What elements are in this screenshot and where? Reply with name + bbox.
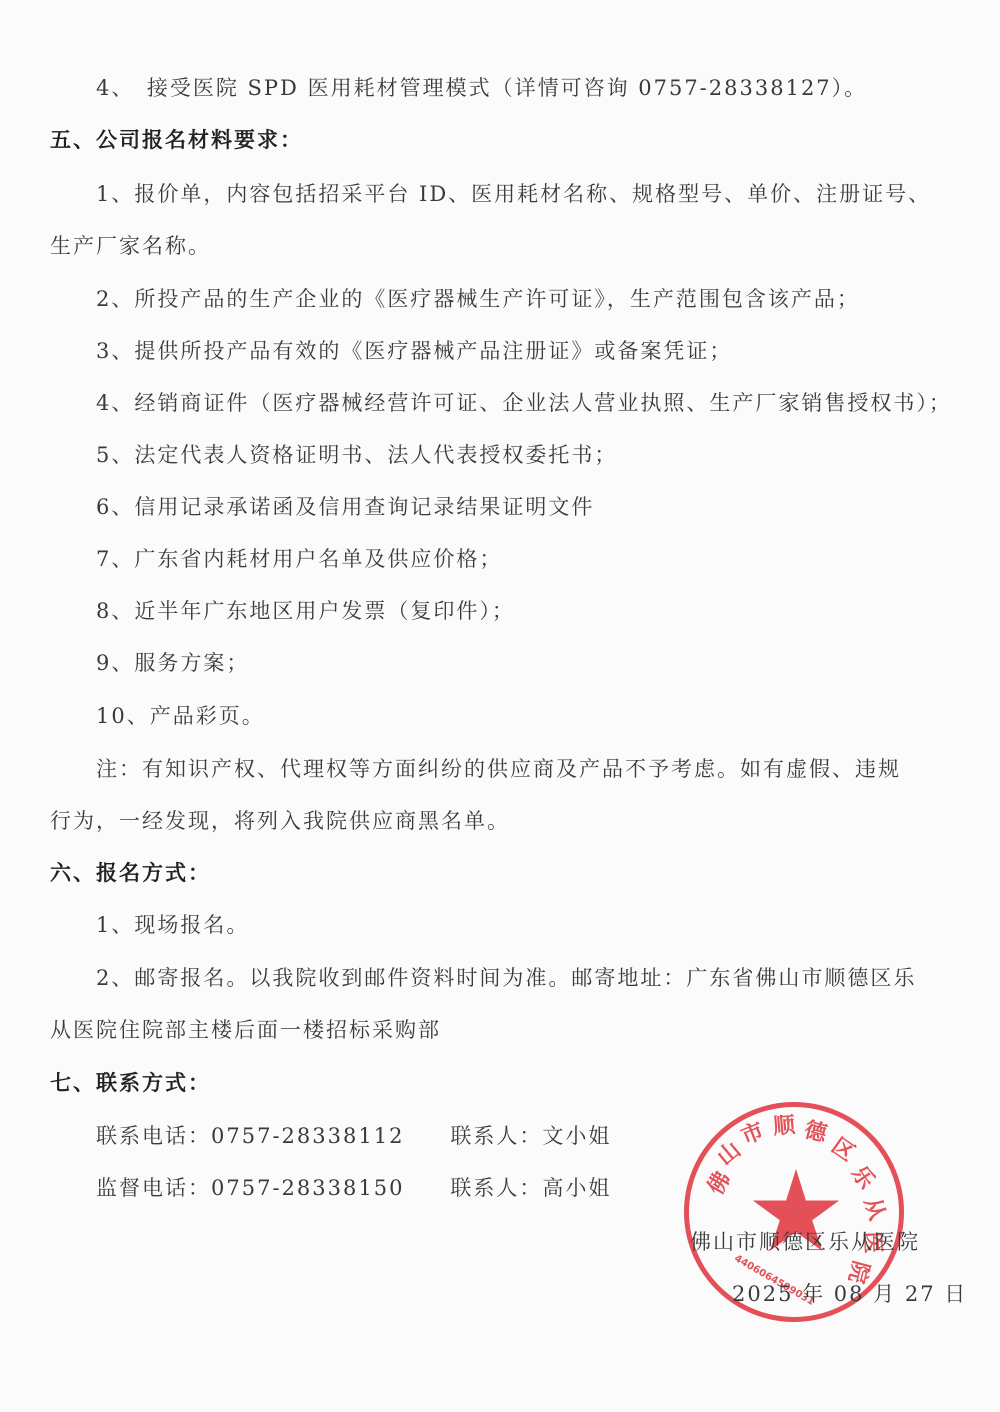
s5-item-8: 8、近半年广东地区用户发票（复印件）； bbox=[96, 595, 515, 625]
s5-item-10: 10、产品彩页。 bbox=[96, 700, 265, 730]
s6-item-2-cont: 从医院住院部主楼后面一楼招标采购部 bbox=[50, 1014, 441, 1044]
s5-item-6: 6、信用记录承诺函及信用查询记录结果证明文件 bbox=[96, 491, 594, 521]
s6-item-1: 1、现场报名。 bbox=[96, 909, 249, 939]
s5-item-5: 5、法定代表人资格证明书、法人代表授权委托书； bbox=[96, 439, 617, 469]
section-6-title: 六、报名方式： bbox=[50, 857, 211, 887]
contact-phone: 联系电话：0757-28338112 联系人：文小姐 bbox=[96, 1120, 611, 1150]
section-5-title: 五、公司报名材料要求： bbox=[50, 124, 303, 154]
s5-item-2: 2、所投产品的生产企业的《医疗器械生产许可证》，生产范围包含该产品； bbox=[96, 283, 860, 313]
s5-note: 注：有知识产权、代理权等方面纠纷的供应商及产品不予考虑。如有虚假、违规 bbox=[96, 753, 901, 783]
signature-org: 佛山市顺德区乐从医院 bbox=[690, 1226, 920, 1256]
s6-item-2: 2、邮寄报名。以我院收到邮件资料时间为准。邮寄地址：广东省佛山市顺德区乐 bbox=[96, 962, 916, 992]
signature-date: 2025 年 08 月 27 日 bbox=[732, 1278, 967, 1308]
s5-note-cont: 行为，一经发现，将列入我院供应商黑名单。 bbox=[50, 805, 510, 835]
s5-item-7: 7、广东省内耗材用户名单及供应价格； bbox=[96, 543, 502, 573]
item-4-spd: 4、 接受医院 SPD 医用耗材管理模式（详情可咨询 0757-28338127… bbox=[96, 72, 867, 102]
s5-item-9: 9、服务方案； bbox=[96, 647, 249, 677]
supervision-phone: 监督电话：0757-28338150 联系人：高小姐 bbox=[96, 1172, 611, 1202]
s5-item-1-cont: 生产厂家名称。 bbox=[50, 230, 211, 260]
section-7-title: 七、联系方式： bbox=[50, 1067, 211, 1097]
s5-item-3: 3、提供所投产品有效的《医疗器械产品注册证》或备案凭证； bbox=[96, 335, 732, 365]
s5-item-4: 4、经销商证件（医疗器械经营许可证、企业法人营业执照、生产厂家销售授权书）； bbox=[96, 387, 952, 417]
s5-item-1: 1、报价单，内容包括招采平台 ID、医用耗材名称、规格型号、单价、注册证号、 bbox=[96, 178, 931, 208]
